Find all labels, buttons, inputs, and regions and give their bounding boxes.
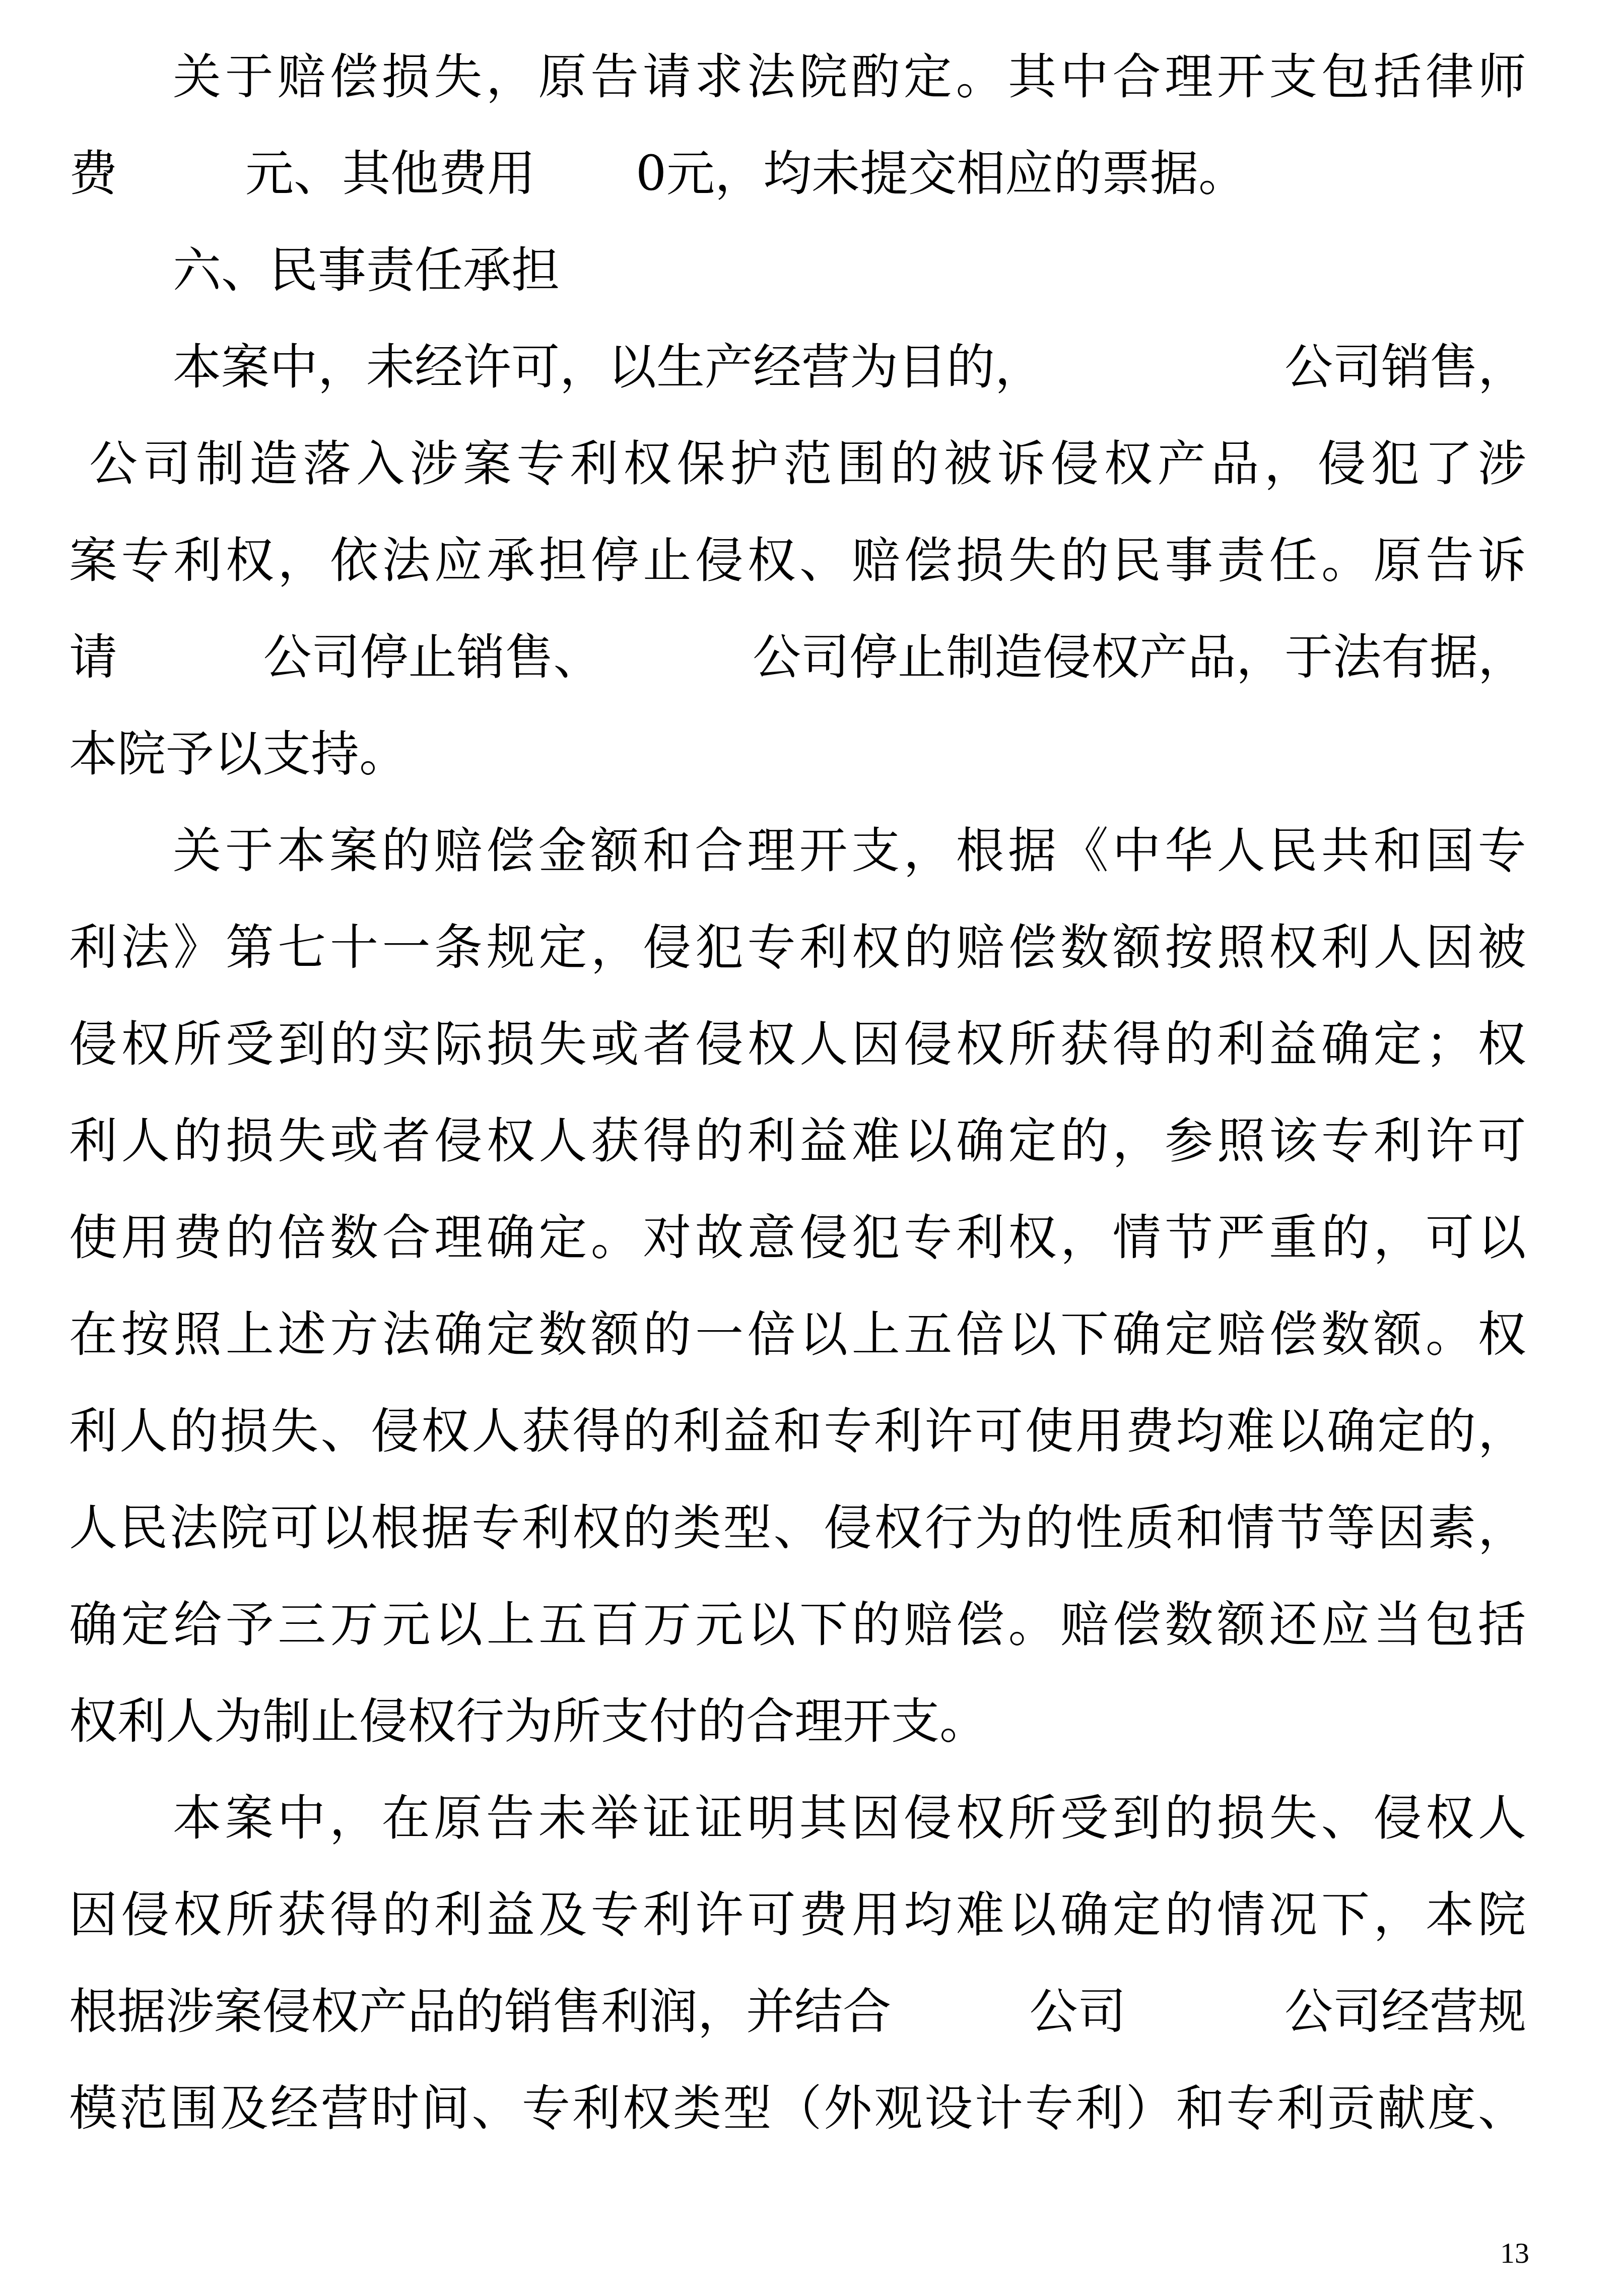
glyph: 当 xyxy=(1373,1594,1422,1655)
glyph: 获 xyxy=(591,1110,639,1171)
glyph: 利 xyxy=(434,1884,483,1945)
glyph: 损 xyxy=(1217,1788,1265,1848)
text-line: 根据涉案侵权产品的销售利润，并结合 公司 公司经营规 xyxy=(69,1981,1526,2042)
glyph: 所 xyxy=(173,1014,222,1074)
glyph: 所 xyxy=(1008,1788,1056,1848)
glyph: 、 xyxy=(799,530,848,591)
glyph: 法 xyxy=(121,917,170,977)
glyph: 按 xyxy=(121,1304,170,1364)
glyph: ； xyxy=(1426,1014,1474,1074)
text-segment: 公司销售， xyxy=(1285,337,1526,397)
glyph: 权 xyxy=(874,1497,922,1558)
glyph: 权 xyxy=(852,917,900,977)
redacted-region xyxy=(1114,342,1214,392)
glyph: 以 xyxy=(434,1594,483,1655)
glyph: 。 xyxy=(591,1207,639,1268)
glyph: 营 xyxy=(320,2078,369,2138)
glyph: 定 xyxy=(1113,1884,1161,1945)
glyph: 均 xyxy=(904,1884,952,1945)
glyph: 确 xyxy=(1327,1401,1375,1461)
glyph: 任 xyxy=(1269,530,1317,591)
glyph: 被 xyxy=(944,433,992,494)
glyph: 合 xyxy=(695,820,743,881)
glyph: 倍 xyxy=(278,1207,326,1268)
glyph: 利 xyxy=(748,1110,796,1171)
glyph: 专 xyxy=(1321,1110,1370,1171)
glyph: 法 xyxy=(170,1497,218,1558)
glyph: 品 xyxy=(1211,433,1259,494)
glyph: 权 xyxy=(421,1401,469,1461)
glyph: 一 xyxy=(382,917,430,977)
redacted-region xyxy=(143,632,238,682)
glyph: 度 xyxy=(1428,2078,1476,2138)
glyph: 百 xyxy=(591,1594,639,1655)
glyph: 合 xyxy=(382,1207,430,1268)
glyph: 得 xyxy=(643,1110,691,1171)
glyph: 护 xyxy=(730,433,778,494)
glyph: ， xyxy=(486,46,534,107)
glyph: 承 xyxy=(487,530,535,591)
glyph: 权 xyxy=(1426,1788,1474,1848)
glyph: 权 xyxy=(623,2078,671,2138)
text-line: 人民法院可以根据专利权的类型、侵权行为的性质和情节等因素， xyxy=(69,1497,1526,1558)
heading-text: 六、民事责任承担 xyxy=(173,240,560,300)
glyph: 的 xyxy=(1165,1884,1213,1945)
glyph: 许 xyxy=(924,1401,973,1461)
glyph: 等 xyxy=(1327,1497,1375,1558)
glyph: 权 xyxy=(173,1884,222,1945)
redacted-region xyxy=(627,632,727,682)
glyph: 对 xyxy=(643,1207,691,1268)
glyph: 专 xyxy=(516,433,565,494)
glyph: 括 xyxy=(1373,46,1422,107)
section-heading: 六、民事责任承担 xyxy=(173,240,1526,300)
glyph: 。 xyxy=(1321,530,1370,591)
glyph: 费 xyxy=(799,1884,848,1945)
glyph: 失 xyxy=(1008,530,1056,591)
glyph: 案 xyxy=(225,1788,274,1848)
glyph: 专 xyxy=(471,1497,520,1558)
glyph: 用 xyxy=(121,1207,170,1268)
glyph: 侵 xyxy=(824,1497,872,1558)
glyph: 人 xyxy=(69,1497,117,1558)
glyph: 据 xyxy=(421,1497,469,1558)
text-line: 利人的损失、侵权人获得的利益和专利许可使用费均难以确定的， xyxy=(69,1401,1526,1461)
glyph: 专 xyxy=(824,1401,872,1461)
glyph: 以 xyxy=(1276,1401,1325,1461)
glyph: 利 xyxy=(643,1884,691,1945)
glyph: 告 xyxy=(590,46,639,107)
glyph: 的 xyxy=(1060,530,1109,591)
text-segment: 本院予以支持。 xyxy=(69,724,408,784)
glyph: 获 xyxy=(1060,1014,1109,1074)
glyph: 元 xyxy=(382,1594,430,1655)
glyph: 其 xyxy=(1008,46,1056,107)
glyph: 情 xyxy=(1226,1497,1274,1558)
glyph: 的 xyxy=(623,1401,671,1461)
glyph: 开 xyxy=(1217,46,1265,107)
glyph: ， xyxy=(329,1788,378,1848)
glyph: 者 xyxy=(643,1014,691,1074)
glyph: 失 xyxy=(434,46,482,107)
glyph: ， xyxy=(1478,1401,1526,1461)
text-line: 权利人为制止侵权行为所支付的合理开支。 xyxy=(69,1691,1526,1751)
glyph: 专 xyxy=(1478,820,1526,881)
glyph: 院 xyxy=(220,1497,268,1558)
glyph: ， xyxy=(591,917,639,977)
glyph: 了 xyxy=(1425,433,1473,494)
glyph: 侵 xyxy=(1318,433,1366,494)
glyph: 其 xyxy=(799,1788,848,1848)
glyph: 行 xyxy=(924,1497,973,1558)
glyph: 上 xyxy=(852,1304,900,1364)
text-line: 费 元、其他费用 0元，均未提交相应的票据。 xyxy=(69,143,1526,204)
glyph: 侵 xyxy=(695,530,744,591)
glyph: 万 xyxy=(643,1594,691,1655)
redacted-region xyxy=(121,148,242,199)
glyph: 的 xyxy=(1428,1401,1476,1461)
glyph: 定 xyxy=(904,46,952,107)
glyph: 理 xyxy=(1165,46,1213,107)
glyph: 案 xyxy=(69,530,117,591)
glyph: 侵 xyxy=(1051,433,1099,494)
glyph: 偿 xyxy=(956,1594,1004,1655)
glyph: 偿 xyxy=(1113,1594,1161,1655)
glyph: 质 xyxy=(1126,1497,1174,1558)
glyph: 民 xyxy=(1113,530,1161,591)
glyph: 理 xyxy=(747,820,795,881)
glyph: 费 xyxy=(1126,1401,1174,1461)
glyph: 案 xyxy=(329,820,378,881)
glyph: 权 xyxy=(623,433,671,494)
glyph: 司 xyxy=(143,433,191,494)
glyph: 的 xyxy=(330,1014,378,1074)
glyph: 下 xyxy=(799,1594,848,1655)
glyph: 范 xyxy=(783,433,832,494)
glyph: 的 xyxy=(1321,1207,1370,1268)
glyph: 倍 xyxy=(748,1304,796,1364)
glyph: 难 xyxy=(1226,1401,1274,1461)
glyph: 请 xyxy=(643,46,691,107)
glyph: 本 xyxy=(1426,1884,1474,1945)
glyph: 意 xyxy=(748,1207,796,1268)
glyph: 失 xyxy=(271,1401,319,1461)
glyph: 利 xyxy=(956,1207,1004,1268)
glyph: 定 xyxy=(1377,1401,1426,1461)
text-line: 请 公司停止销售、 公司停止制造侵权产品，于法有据， xyxy=(69,627,1526,687)
glyph: 止 xyxy=(643,530,691,591)
glyph: 三 xyxy=(278,1594,326,1655)
glyph: 保 xyxy=(677,433,725,494)
glyph: 到 xyxy=(1112,1788,1161,1848)
glyph: 围 xyxy=(170,2078,218,2138)
glyph: 关 xyxy=(173,46,221,107)
glyph: 依 xyxy=(330,530,378,591)
text-line: 使用费的倍数合理确定。对故意侵犯专利权，情节严重的，可以 xyxy=(69,1207,1526,1268)
glyph: 和 xyxy=(1176,2078,1225,2138)
text-line: 确定给予三万元以上五百万元以下的赔偿。赔偿数额还应当包括 xyxy=(69,1594,1526,1655)
glyph: 利 xyxy=(570,433,618,494)
glyph: 括 xyxy=(1478,1594,1526,1655)
glyph: ） xyxy=(1126,2078,1174,2138)
glyph: 、 xyxy=(1478,2078,1526,2138)
glyph: 可 xyxy=(975,1401,1023,1461)
text-line: 案专利权，依法应承担停止侵权、赔偿损失的民事责任。原告诉 xyxy=(69,530,1526,591)
glyph: 被 xyxy=(1478,917,1526,977)
glyph: 类 xyxy=(673,1497,721,1558)
glyph: 或 xyxy=(330,1110,378,1171)
text-segment: 公司停止制造侵权产品，于法有据， xyxy=(753,627,1526,687)
glyph: 确 xyxy=(434,1304,483,1364)
glyph: 侵 xyxy=(69,1014,117,1074)
glyph: 利 xyxy=(1373,1110,1422,1171)
glyph: 定 xyxy=(487,1304,535,1364)
glyph: 情 xyxy=(1113,1207,1161,1268)
glyph: 际 xyxy=(434,1014,483,1074)
glyph: 赔 xyxy=(1060,1594,1109,1655)
glyph: 利 xyxy=(1075,2078,1124,2138)
glyph: 的 xyxy=(852,1594,900,1655)
glyph: 入 xyxy=(356,433,404,494)
glyph: 原 xyxy=(538,46,586,107)
glyph: 酌 xyxy=(851,46,900,107)
glyph: 者 xyxy=(382,1110,430,1171)
glyph: 的 xyxy=(173,1110,222,1171)
glyph: 》 xyxy=(173,917,222,977)
glyph: 开 xyxy=(799,820,848,881)
glyph: 制 xyxy=(196,433,244,494)
glyph: 下 xyxy=(1060,1304,1109,1364)
glyph: 照 xyxy=(173,1304,222,1364)
glyph: 未 xyxy=(538,1788,586,1848)
glyph: 以 xyxy=(320,1497,369,1558)
glyph: 难 xyxy=(956,1884,1004,1945)
glyph: 专 xyxy=(1025,2078,1073,2138)
glyph: 应 xyxy=(1321,1594,1370,1655)
glyph: 损 xyxy=(487,1014,535,1074)
glyph: 确 xyxy=(1113,1304,1161,1364)
glyph: 赔 xyxy=(852,530,900,591)
glyph: 专 xyxy=(121,530,170,591)
glyph: 使 xyxy=(1025,1401,1073,1461)
glyph: ， xyxy=(278,530,326,591)
glyph: 专 xyxy=(591,1884,639,1945)
glyph: 利 xyxy=(874,1401,922,1461)
glyph: ， xyxy=(1113,1110,1161,1171)
text-segment: 公司停止销售、 xyxy=(263,627,602,687)
glyph: 数 xyxy=(1060,917,1109,977)
glyph: 难 xyxy=(852,1110,900,1171)
glyph: 涉 xyxy=(410,433,458,494)
glyph: 理 xyxy=(434,1207,483,1268)
glyph: 《 xyxy=(1060,820,1109,881)
glyph: 于 xyxy=(225,820,274,881)
glyph: 数 xyxy=(1165,1594,1213,1655)
glyph: 本 xyxy=(173,1788,221,1848)
glyph: 关 xyxy=(173,820,221,881)
glyph: 犯 xyxy=(1371,433,1420,494)
glyph: 的 xyxy=(1060,1110,1109,1171)
glyph: 受 xyxy=(226,1014,274,1074)
redacted-region xyxy=(539,148,632,199)
text-segment: 元、其他费用 xyxy=(245,143,535,204)
glyph: 规 xyxy=(487,917,535,977)
glyph: 的 xyxy=(695,1110,744,1171)
glyph: 献 xyxy=(1377,2078,1426,2138)
text-line: 关于赔偿损失，原告请求法院酌定。其中合理开支包括律师 xyxy=(173,46,1526,107)
glyph: 以 xyxy=(1478,1207,1526,1268)
glyph: 。 xyxy=(1008,1594,1056,1655)
glyph: 贡 xyxy=(1327,2078,1375,2138)
glyph: 赔 xyxy=(904,1594,952,1655)
glyph: 权 xyxy=(956,1014,1004,1074)
redacted-region xyxy=(69,438,84,489)
glyph: 所 xyxy=(1008,1014,1056,1074)
glyph: 侵 xyxy=(121,1884,170,1945)
glyph: 定 xyxy=(1165,1304,1213,1364)
glyph: 涉 xyxy=(1478,433,1526,494)
glyph: 益 xyxy=(487,1884,535,1945)
glyph: 数 xyxy=(1321,1304,1370,1364)
glyph: 因 xyxy=(1377,1497,1426,1558)
glyph: 七 xyxy=(278,917,326,977)
glyph: 许 xyxy=(695,1884,744,1945)
glyph: 予 xyxy=(226,1594,274,1655)
glyph: 偿 xyxy=(1269,1304,1317,1364)
glyph: 专 xyxy=(904,1207,952,1268)
glyph: 失 xyxy=(278,1110,326,1171)
glyph: 告 xyxy=(1426,530,1474,591)
glyph: 本 xyxy=(277,820,325,881)
glyph: 十 xyxy=(330,917,378,977)
glyph: 第 xyxy=(226,917,274,977)
redacted-region xyxy=(1145,1986,1266,2037)
glyph: 确 xyxy=(1060,1884,1109,1945)
glyph: 根 xyxy=(371,1497,419,1558)
glyph: 国 xyxy=(1426,820,1474,881)
text-line: 本案中，在原告未举证证明其因侵权所受到的损失、侵权人 xyxy=(173,1788,1526,1848)
glyph: 人 xyxy=(119,1401,168,1461)
text-line: 模范围及经营时间、专利权类型（外观设计专利）和专利贡献度、 xyxy=(69,2078,1526,2138)
glyph: 的 xyxy=(1025,1497,1073,1558)
glyph: 侵 xyxy=(434,1110,483,1171)
glyph: 责 xyxy=(1217,530,1265,591)
glyph: （ xyxy=(773,2078,822,2138)
glyph: 因 xyxy=(1426,917,1474,977)
glyph: 中 xyxy=(1112,820,1161,881)
glyph: 的 xyxy=(382,1884,430,1945)
text-line: 侵权所受到的实际损失或者侵权人因侵权所获得的利益确定；权 xyxy=(69,1014,1526,1074)
glyph: 支 xyxy=(851,820,900,881)
glyph: 赔 xyxy=(956,917,1004,977)
glyph: 观 xyxy=(874,2078,922,2138)
text-line: 本院予以支持。 xyxy=(69,724,1526,784)
glyph: 得 xyxy=(330,1884,378,1945)
glyph: 、 xyxy=(471,2078,520,2138)
glyph: 以 xyxy=(799,1304,848,1364)
glyph: 可 xyxy=(1478,1110,1526,1171)
glyph: 得 xyxy=(1113,1014,1161,1074)
glyph: 节 xyxy=(1276,1497,1325,1558)
text-line: 本案中，未经许可，以生产经营为目的， 公司销售， xyxy=(173,337,1526,397)
glyph: 严 xyxy=(1217,1207,1265,1268)
glyph: 方 xyxy=(330,1304,378,1364)
glyph: 赔 xyxy=(1217,1304,1265,1364)
glyph: 侵 xyxy=(371,1401,419,1461)
glyph: 支 xyxy=(1269,46,1317,107)
glyph: 性 xyxy=(1075,1497,1124,1558)
glyph: 得 xyxy=(572,1401,621,1461)
glyph: 上 xyxy=(487,1594,535,1655)
glyph: 金 xyxy=(538,820,586,881)
glyph: 证 xyxy=(643,1788,691,1848)
glyph: 围 xyxy=(837,433,885,494)
glyph: 、 xyxy=(1321,1788,1370,1848)
glyph: 五 xyxy=(904,1304,952,1364)
glyph: 可 xyxy=(1426,1207,1474,1268)
glyph: 专 xyxy=(748,917,796,977)
glyph: 按 xyxy=(1165,917,1213,977)
glyph: 实 xyxy=(382,1014,430,1074)
glyph: 以 xyxy=(1008,1884,1056,1945)
text-segment: 请 xyxy=(69,627,117,687)
glyph: 照 xyxy=(1217,1110,1265,1171)
glyph: 落 xyxy=(303,433,351,494)
glyph: 利 xyxy=(1321,917,1370,977)
glyph: 人 xyxy=(1478,1788,1526,1848)
glyph: 在 xyxy=(382,1788,430,1848)
glyph: 范 xyxy=(119,2078,168,2138)
glyph: 院 xyxy=(1478,1884,1526,1945)
glyph: 额 xyxy=(1373,1304,1422,1364)
glyph: 利 xyxy=(522,1497,570,1558)
glyph: 师 xyxy=(1478,46,1526,107)
redacted-region xyxy=(910,1986,1010,2037)
glyph: 利 xyxy=(673,1401,721,1461)
text-line: 利法》第七十一条规定，侵犯专利权的赔偿数额按照权利人因被 xyxy=(69,917,1526,977)
glyph: 赔 xyxy=(434,820,482,881)
text-segment: 权利人为制止侵权行为所支付的合理开支。 xyxy=(69,1691,988,1751)
glyph: 定 xyxy=(1008,1110,1056,1171)
text-segment: 公司 xyxy=(1030,1981,1126,2042)
glyph: 中 xyxy=(1060,46,1109,107)
glyph: 诉 xyxy=(1478,530,1526,591)
glyph: 数 xyxy=(330,1207,378,1268)
glyph: 确 xyxy=(487,1207,535,1268)
glyph: 的 xyxy=(1165,1014,1213,1074)
glyph: 偿 xyxy=(904,530,952,591)
glyph: ， xyxy=(1264,433,1313,494)
glyph: 权 xyxy=(226,530,274,591)
glyph: 用 xyxy=(1075,1401,1124,1461)
glyph: 情 xyxy=(1217,1884,1265,1945)
glyph: 额 xyxy=(590,820,639,881)
glyph: 利 xyxy=(1276,2078,1325,2138)
glyph: 费 xyxy=(173,1207,222,1268)
glyph: 权 xyxy=(956,1788,1004,1848)
glyph: 节 xyxy=(1165,1207,1213,1268)
glyph: 权 xyxy=(1478,1304,1526,1364)
glyph: 侵 xyxy=(643,917,691,977)
glyph: 利 xyxy=(799,917,848,977)
glyph: 该 xyxy=(1269,1110,1317,1171)
glyph: 的 xyxy=(226,1207,274,1268)
glyph: 侵 xyxy=(695,1014,744,1074)
glyph: 。 xyxy=(956,46,1004,107)
glyph: ， xyxy=(1060,1207,1109,1268)
glyph: 因 xyxy=(851,1788,900,1848)
glyph: ， xyxy=(1373,1207,1422,1268)
